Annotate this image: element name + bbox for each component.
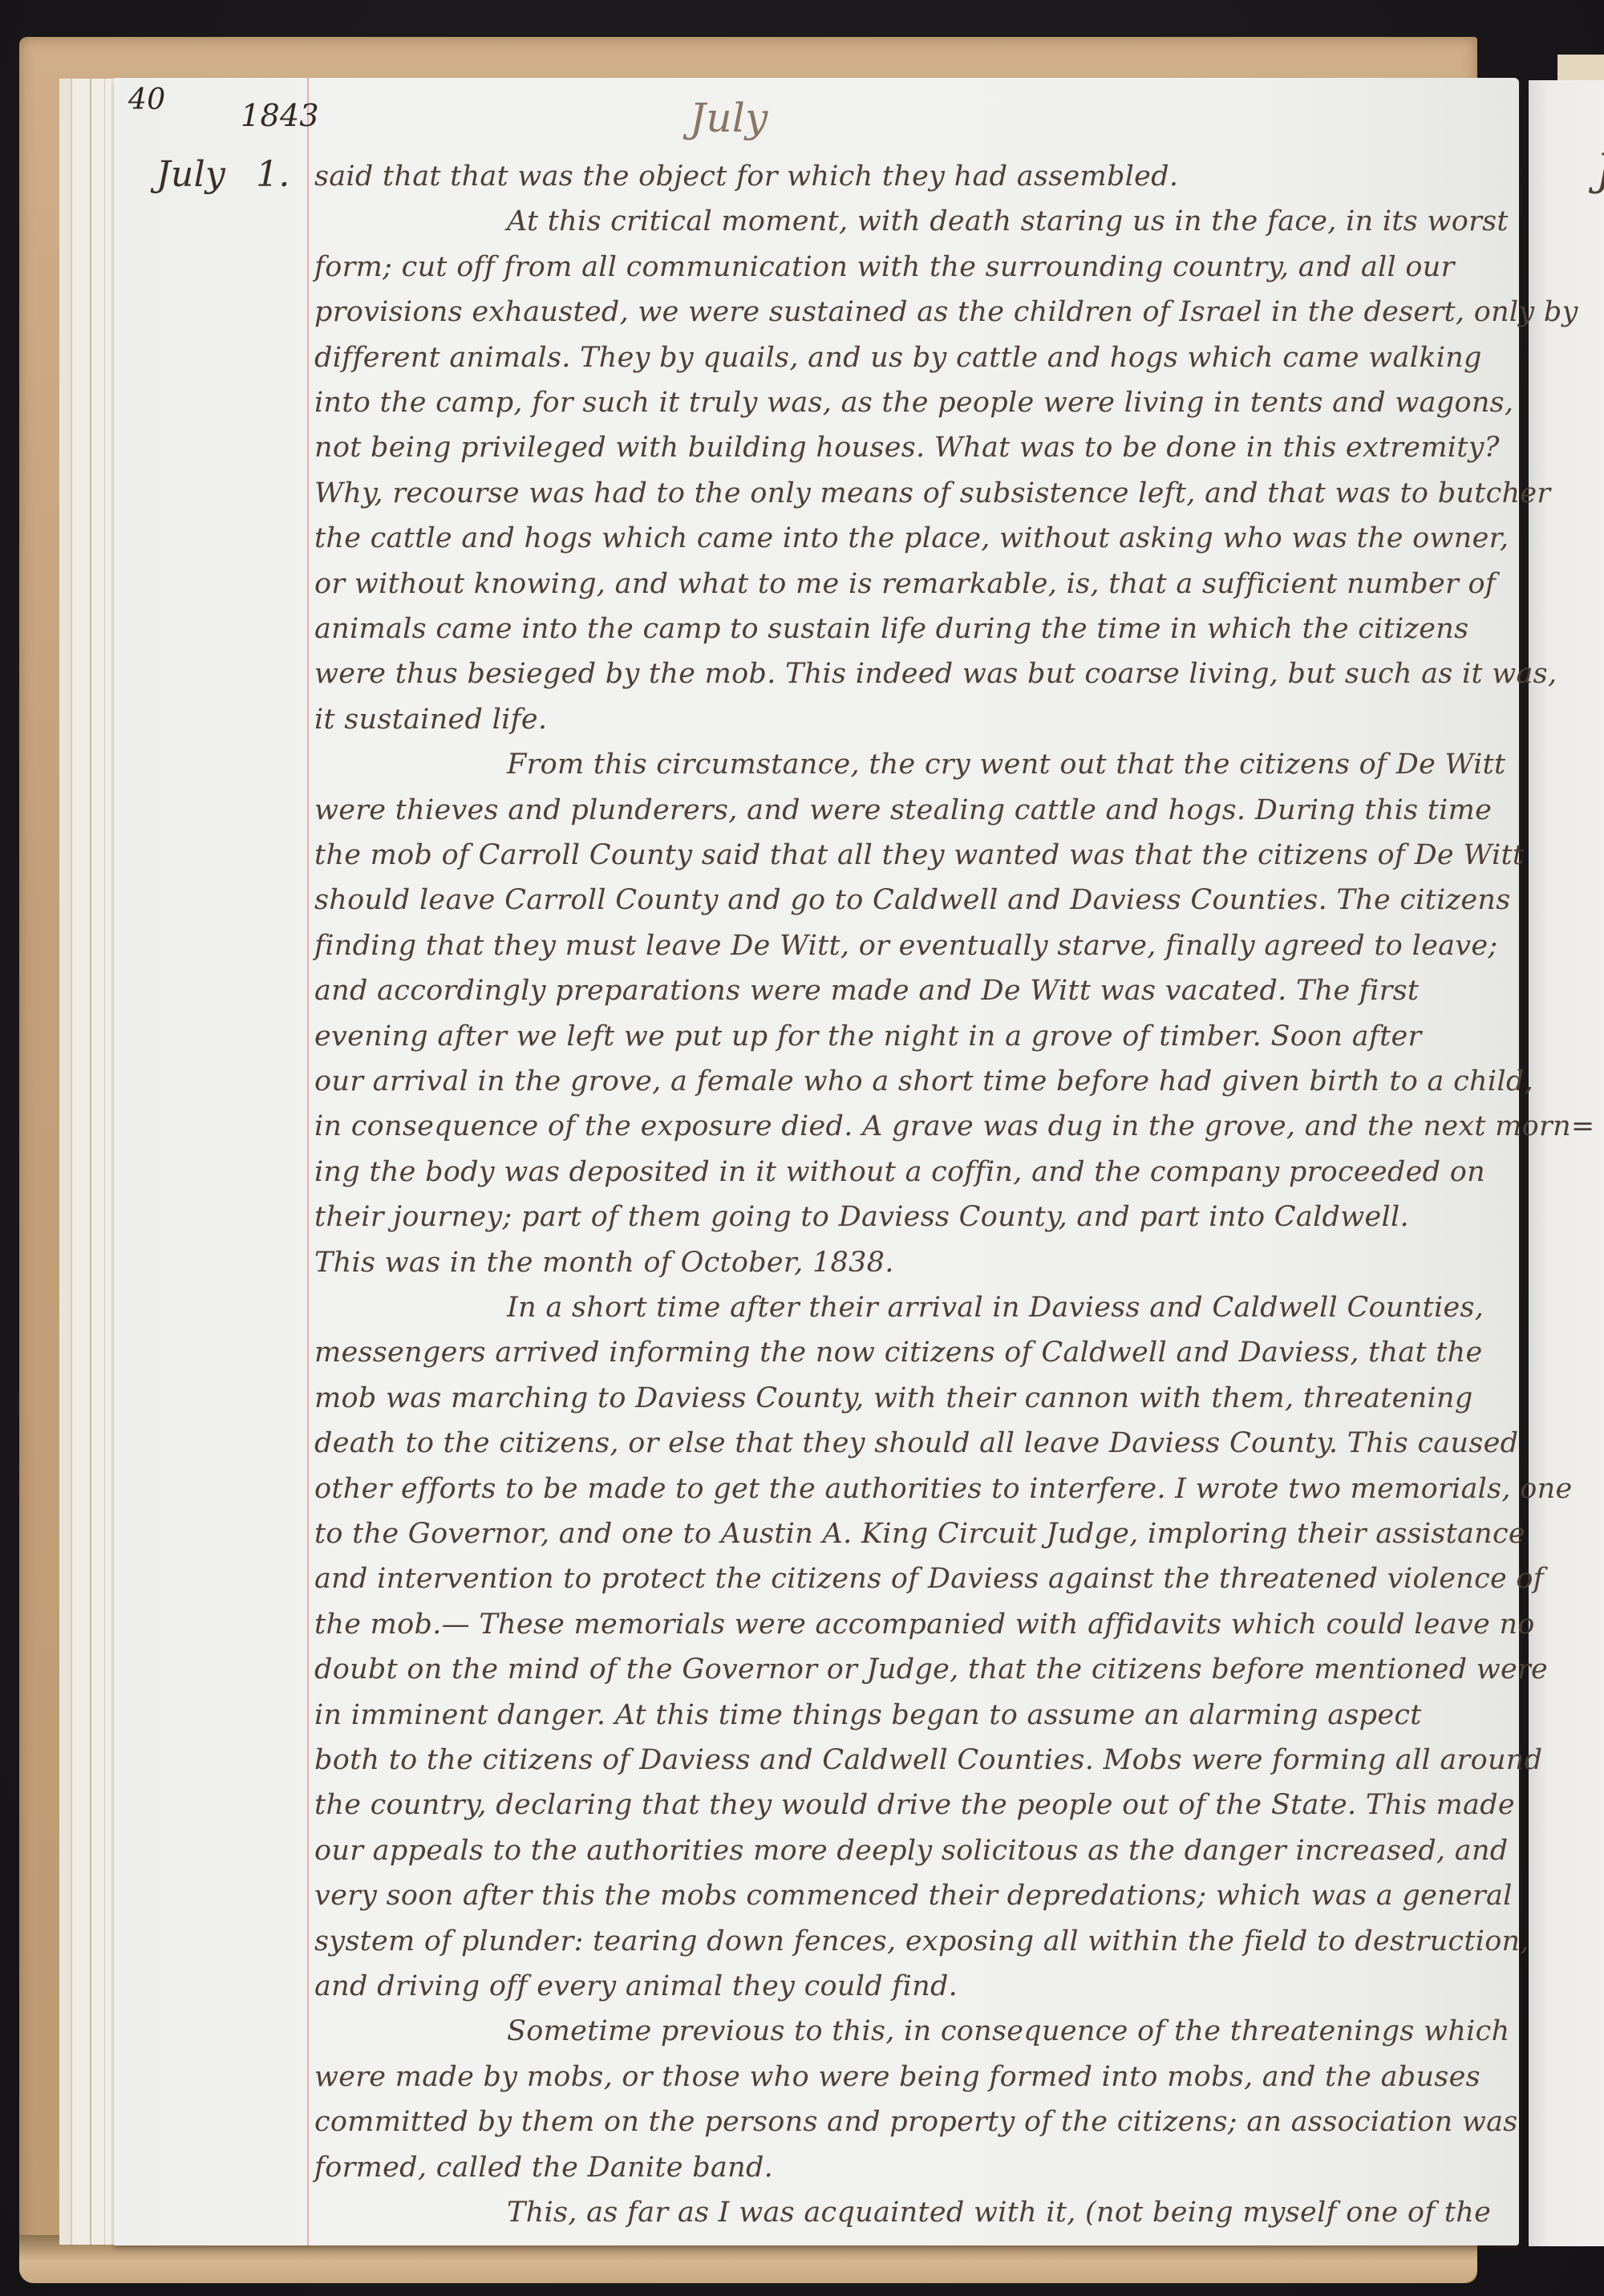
manuscript-scan: Ju 40 1843 July July1. said that that wa… xyxy=(0,0,1604,2296)
next-page-heading: Ju xyxy=(1596,144,1604,195)
text-line: in consequence of the exposure died. A g… xyxy=(314,1110,1595,1142)
text-line: and driving off every animal they could … xyxy=(314,1970,958,2002)
year-heading: 1843 xyxy=(241,98,319,133)
text-line: system of plunder: tearing down fences, … xyxy=(314,1925,1529,1957)
text-line: or without knowing, and what to me is re… xyxy=(314,568,1496,600)
text-line: were thieves and plunderers, and were st… xyxy=(314,794,1492,826)
text-line: both to the citizens of Daviess and Cald… xyxy=(314,1744,1542,1776)
text-line: not being privileged with building house… xyxy=(314,432,1500,464)
text-line: the mob of Carroll County said that all … xyxy=(314,839,1524,871)
text-line: other efforts to be made to get the auth… xyxy=(314,1473,1573,1505)
text-line: In a short time after their arrival in D… xyxy=(507,1292,1484,1324)
text-line: Sometime previous to this, in consequenc… xyxy=(507,2015,1509,2047)
margin-date: July1. xyxy=(156,154,285,195)
text-line: This, as far as I was acquainted with it… xyxy=(507,2197,1491,2229)
text-line: it sustained life. xyxy=(314,704,547,736)
text-line: were thus besieged by the mob. This inde… xyxy=(314,658,1557,690)
margin-date-day: 1. xyxy=(256,154,290,195)
text-line: messengers arrived informing the now cit… xyxy=(314,1337,1482,1369)
margin-date-month: July xyxy=(156,154,225,195)
text-line: our arrival in the grove, a female who a… xyxy=(314,1065,1533,1097)
margin-rule xyxy=(307,78,309,2245)
text-line: ing the body was deposited in it without… xyxy=(314,1156,1485,1188)
text-line: death to the citizens, or else that they… xyxy=(314,1427,1518,1459)
text-line: into the camp, for such it truly was, as… xyxy=(314,387,1513,419)
text-line: committed by them on the persons and pro… xyxy=(314,2106,1518,2138)
text-line: finding that they must leave De Witt, or… xyxy=(314,930,1497,962)
text-line: Why, recourse was had to the only means … xyxy=(314,477,1550,509)
text-line: the cattle and hogs which came into the … xyxy=(314,522,1509,554)
text-line: From this circumstance, the cry went out… xyxy=(507,748,1505,781)
text-line: their journey; part of them going to Dav… xyxy=(314,1201,1409,1233)
month-heading: July xyxy=(690,95,768,141)
text-line: our appeals to the authorities more deep… xyxy=(314,1835,1509,1867)
next-page-edge xyxy=(1529,80,1604,2246)
page-number: 40 xyxy=(128,83,165,116)
text-line: were made by mobs, or those who were bei… xyxy=(314,2061,1480,2093)
text-line: and accordingly preparations were made a… xyxy=(314,975,1419,1007)
text-line: should leave Carroll County and go to Ca… xyxy=(314,884,1511,916)
text-line: and intervention to protect the citizens… xyxy=(314,1563,1544,1595)
text-line: animals came into the camp to sustain li… xyxy=(314,613,1468,645)
text-line: very soon after this the mobs commenced … xyxy=(314,1880,1513,1912)
text-line: in imminent danger. At this time things … xyxy=(314,1699,1422,1731)
text-line: At this critical moment, with death star… xyxy=(507,205,1509,237)
text-line: mob was marching to Daviess County, with… xyxy=(314,1382,1473,1414)
text-line: the country, declaring that they would d… xyxy=(314,1789,1515,1821)
text-line: the mob.— These memorials were accompani… xyxy=(314,1608,1535,1641)
text-line: This was in the month of October, 1838. xyxy=(314,1247,894,1279)
text-line: provisions exhausted, we were sustained … xyxy=(314,296,1578,328)
text-line: formed, called the Danite band. xyxy=(314,2152,773,2184)
text-line: form; cut off from all communication wit… xyxy=(314,251,1455,283)
text-line: doubt on the mind of the Governor or Jud… xyxy=(314,1653,1548,1685)
text-line: different animals. They by quails, and u… xyxy=(314,342,1482,374)
next-page-tab xyxy=(1557,55,1604,82)
text-line: said that that was the object for which … xyxy=(314,160,1178,193)
text-line: evening after we left we put up for the … xyxy=(314,1020,1422,1053)
text-line: to the Governor, and one to Austin A. Ki… xyxy=(314,1518,1525,1550)
